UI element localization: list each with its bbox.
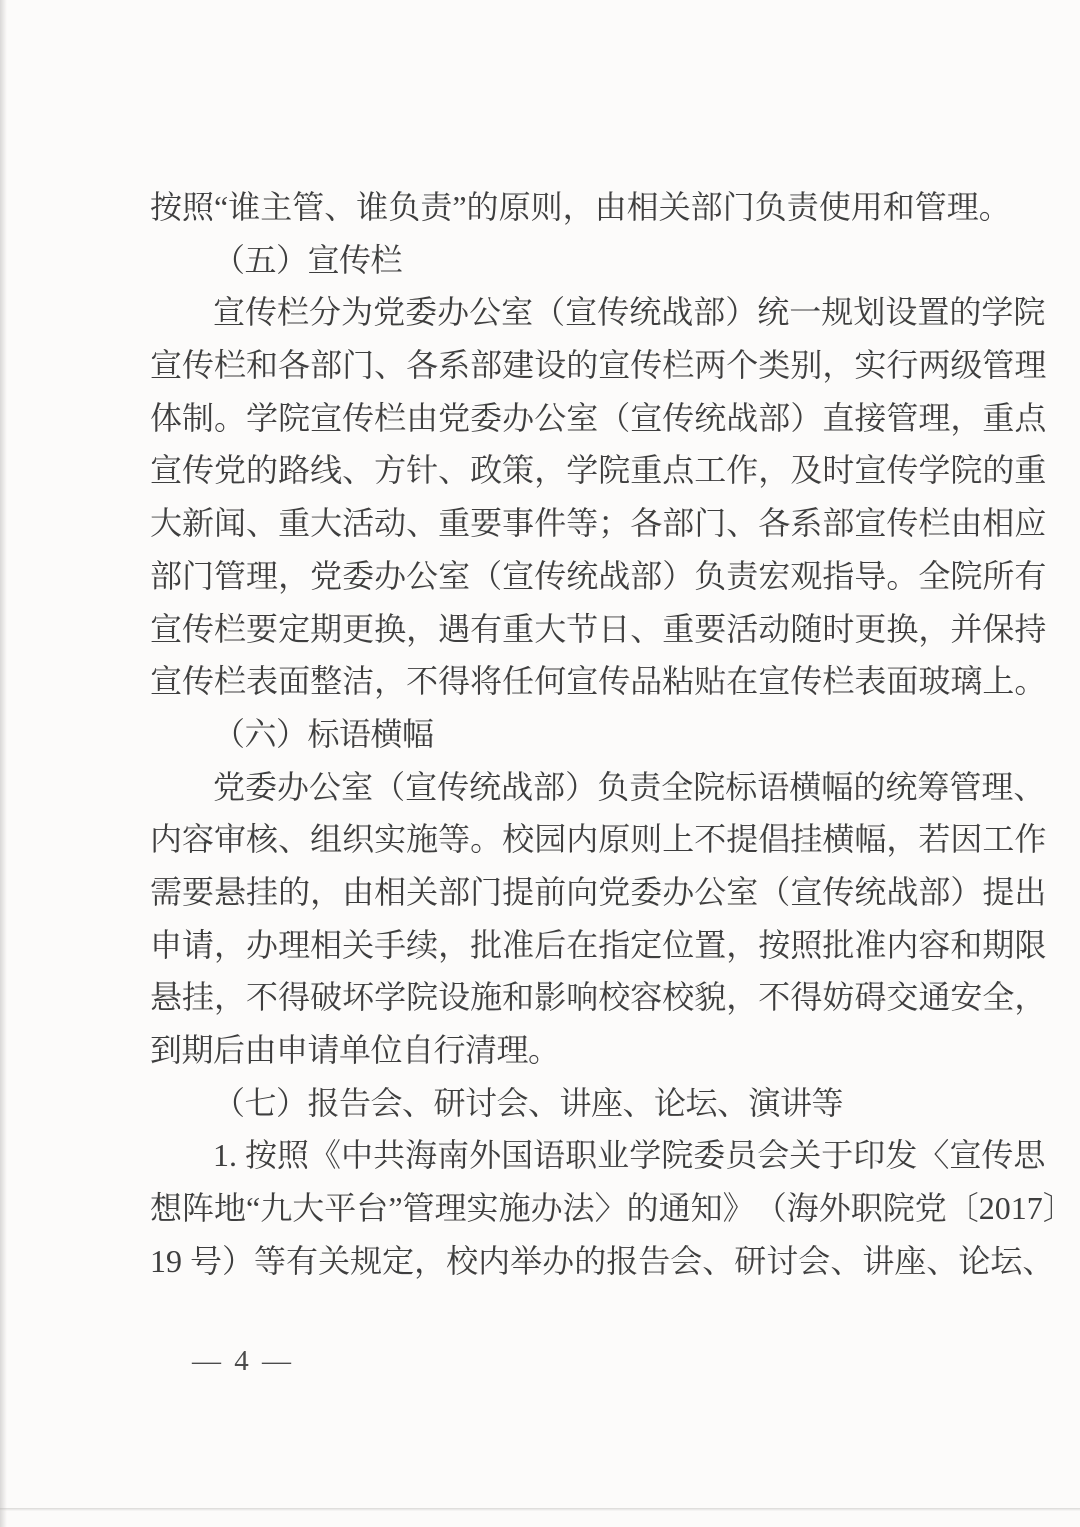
section-heading-line: （七）报告会、研讨会、讲座、论坛、演讲等 xyxy=(150,1077,968,1130)
text-line: 1. 按照《中共海南外国语职业学院委员会关于印发〈宣传思 xyxy=(150,1129,968,1182)
scan-bottom-edge-shadow xyxy=(0,1508,1080,1511)
scan-left-edge-shadow xyxy=(0,0,7,1527)
text-line: 宣传栏表面整洁，不得将任何宣传品粘贴在宣传栏表面玻璃上。 xyxy=(150,655,968,708)
text-line: 宣传栏要定期更换，遇有重大节日、重要活动随时更换，并保持 xyxy=(150,603,968,656)
text-line: 到期后由申请单位自行清理。 xyxy=(150,1024,968,1077)
text-line: 申请，办理相关手续，批准后在指定位置，按照批准内容和期限 xyxy=(150,919,968,972)
section-heading-line: （六）标语横幅 xyxy=(150,708,968,761)
document-page: 按照“谁主管、谁负责”的原则，由相关部门负责使用和管理。（五）宣传栏宣传栏分为党… xyxy=(0,0,1080,1527)
section-heading-line: （五）宣传栏 xyxy=(150,234,968,287)
text-line: 悬挂，不得破坏学院设施和影响校容校貌，不得妨碍交通安全， xyxy=(150,971,968,1024)
text-line: 党委办公室（宣传统战部）负责全院标语横幅的统筹管理、 xyxy=(150,761,968,814)
page-number: — 4 — xyxy=(192,1344,294,1378)
text-line: 内容审核、组织实施等。校园内原则上不提倡挂横幅，若因工作 xyxy=(150,813,968,866)
text-line: 宣传栏分为党委办公室（宣传统战部）统一规划设置的学院 xyxy=(150,286,968,339)
document-body-text: 按照“谁主管、谁负责”的原则，由相关部门负责使用和管理。（五）宣传栏宣传栏分为党… xyxy=(150,181,968,1287)
text-line: 体制。学院宣传栏由党委办公室（宣传统战部）直接管理，重点 xyxy=(150,392,968,445)
text-line: 大新闻、重大活动、重要事件等；各部门、各系部宣传栏由相应 xyxy=(150,497,968,550)
text-line: 需要悬挂的，由相关部门提前向党委办公室（宣传统战部）提出 xyxy=(150,866,968,919)
text-line: 宣传栏和各部门、各系部建设的宣传栏两个类别，实行两级管理 xyxy=(150,339,968,392)
text-line: 部门管理，党委办公室（宣传统战部）负责宏观指导。全院所有 xyxy=(150,550,968,603)
text-line: 19 号）等有关规定，校内举办的报告会、研讨会、讲座、论坛、 xyxy=(150,1235,968,1288)
text-line: 想阵地“九大平台”管理实施办法〉的通知》（海外职院党〔2017〕 xyxy=(150,1182,968,1235)
text-line: 按照“谁主管、谁负责”的原则，由相关部门负责使用和管理。 xyxy=(150,181,968,234)
text-line: 宣传党的路线、方针、政策，学院重点工作，及时宣传学院的重 xyxy=(150,444,968,497)
